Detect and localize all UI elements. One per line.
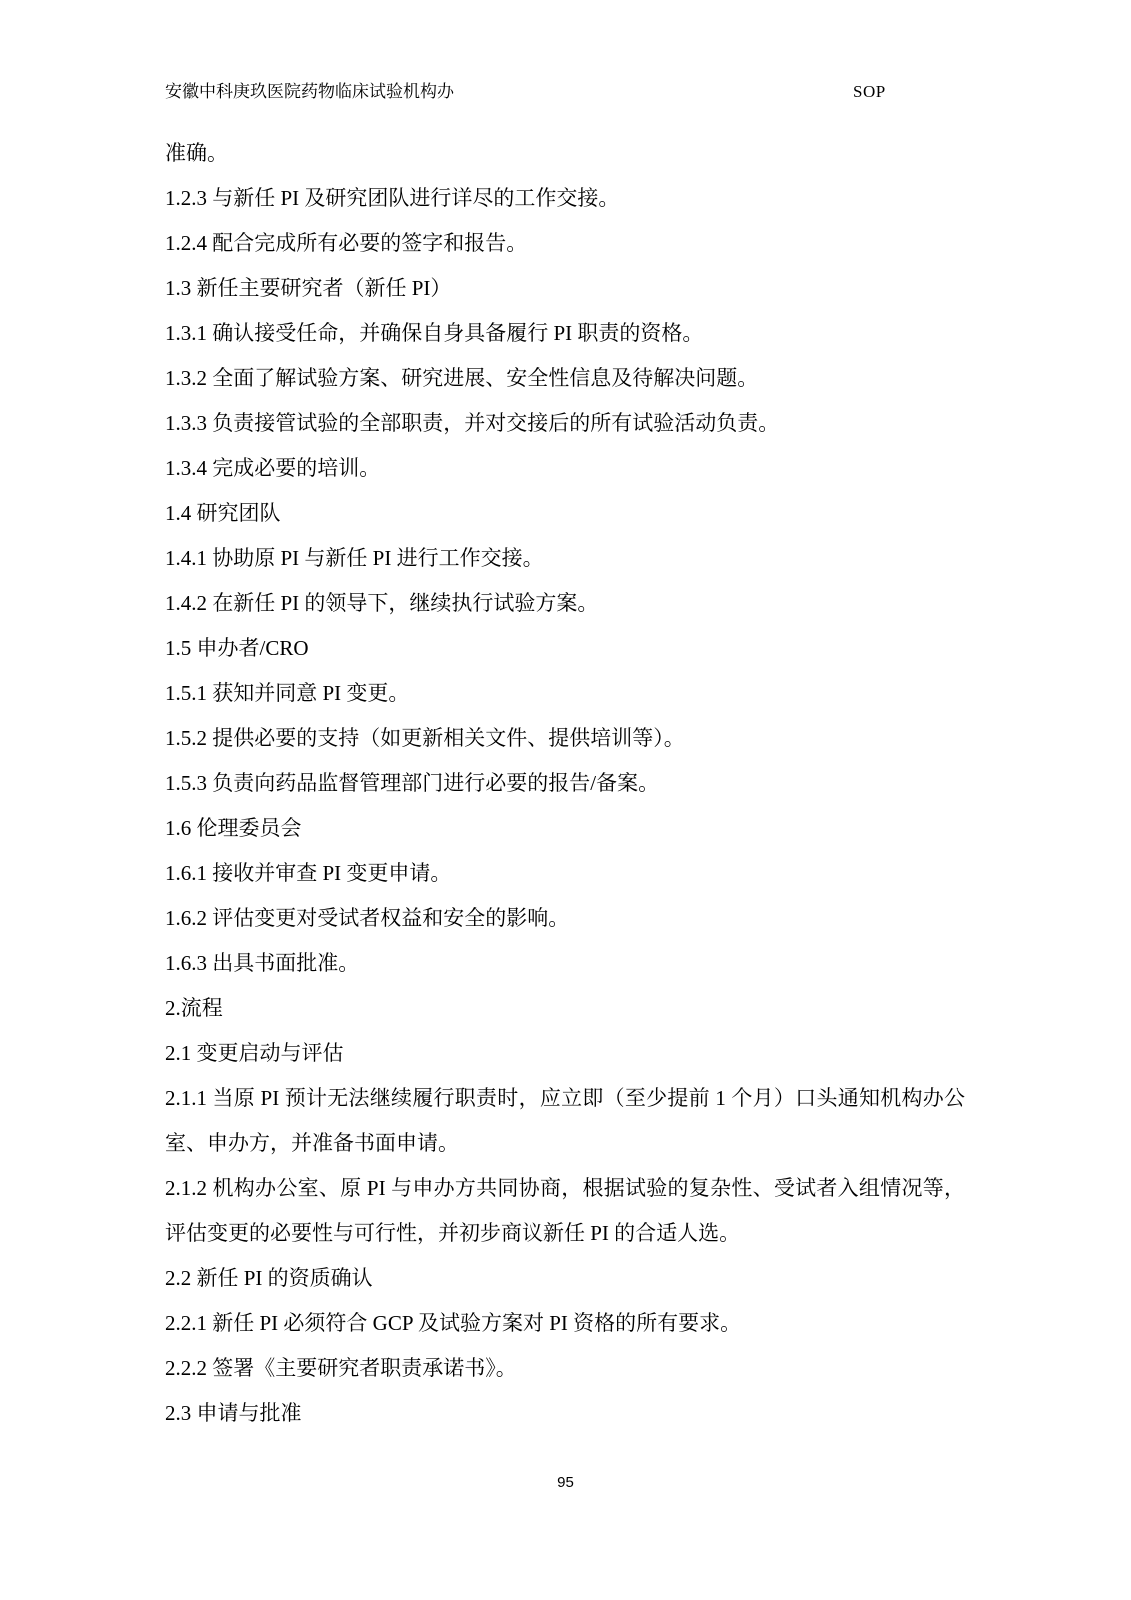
paragraph: 1.6.2 评估变更对受试者权益和安全的影响。 <box>165 896 965 941</box>
page-footer: 95 <box>0 1474 1131 1491</box>
paragraph: 1.6.1 接收并审查 PI 变更申请。 <box>165 851 965 896</box>
paragraph: 1.6.3 出具书面批准。 <box>165 941 965 986</box>
paragraph: 1.3.2 全面了解试验方案、研究进展、安全性信息及待解决问题。 <box>165 356 965 401</box>
header-org-name: 安徽中科庚玖医院药物临床试验机构办 <box>165 80 454 104</box>
paragraph: 2.1 变更启动与评估 <box>165 1031 965 1076</box>
page-header: 安徽中科庚玖医院药物临床试验机构办 SOP <box>165 80 965 104</box>
paragraph: 1.6 伦理委员会 <box>165 806 965 851</box>
paragraph: 1.4.1 协助原 PI 与新任 PI 进行工作交接。 <box>165 536 965 581</box>
paragraph: 1.5.2 提供必要的支持（如更新相关文件、提供培训等）。 <box>165 716 965 761</box>
paragraph: 2.3 申请与批准 <box>165 1391 965 1436</box>
paragraph: 1.3.3 负责接管试验的全部职责，并对交接后的所有试验活动负责。 <box>165 401 965 446</box>
paragraph: 1.3.4 完成必要的培训。 <box>165 446 965 491</box>
paragraph: 1.4 研究团队 <box>165 491 965 536</box>
document-body: 准确。1.2.3 与新任 PI 及研究团队进行详尽的工作交接。1.2.4 配合完… <box>165 131 965 1436</box>
paragraph: 1.5.3 负责向药品监督管理部门进行必要的报告/备案。 <box>165 761 965 806</box>
paragraph: 2.2.2 签署《主要研究者职责承诺书》。 <box>165 1346 965 1391</box>
header-doc-type: SOP <box>853 80 886 104</box>
paragraph: 1.2.4 配合完成所有必要的签字和报告。 <box>165 221 965 266</box>
paragraph: 1.5 申办者/CRO <box>165 626 965 671</box>
paragraph: 1.3 新任主要研究者（新任 PI） <box>165 266 965 311</box>
paragraph: 1.2.3 与新任 PI 及研究团队进行详尽的工作交接。 <box>165 176 965 221</box>
paragraph: 1.3.1 确认接受任命，并确保自身具备履行 PI 职责的资格。 <box>165 311 965 356</box>
paragraph: 2.流程 <box>165 986 965 1031</box>
paragraph: 2.2 新任 PI 的资质确认 <box>165 1256 965 1301</box>
document-page: 安徽中科庚玖医院药物临床试验机构办 SOP 准确。1.2.3 与新任 PI 及研… <box>0 0 1131 1600</box>
paragraph: 2.1.1 当原 PI 预计无法继续履行职责时，应立即（至少提前 1 个月）口头… <box>165 1076 965 1166</box>
paragraph: 1.4.2 在新任 PI 的领导下，继续执行试验方案。 <box>165 581 965 626</box>
page-number: 95 <box>557 1474 574 1491</box>
paragraph: 准确。 <box>165 131 965 176</box>
paragraph: 2.1.2 机构办公室、原 PI 与申办方共同协商，根据试验的复杂性、受试者入组… <box>165 1166 965 1256</box>
paragraph: 2.2.1 新任 PI 必须符合 GCP 及试验方案对 PI 资格的所有要求。 <box>165 1301 965 1346</box>
paragraph: 1.5.1 获知并同意 PI 变更。 <box>165 671 965 716</box>
